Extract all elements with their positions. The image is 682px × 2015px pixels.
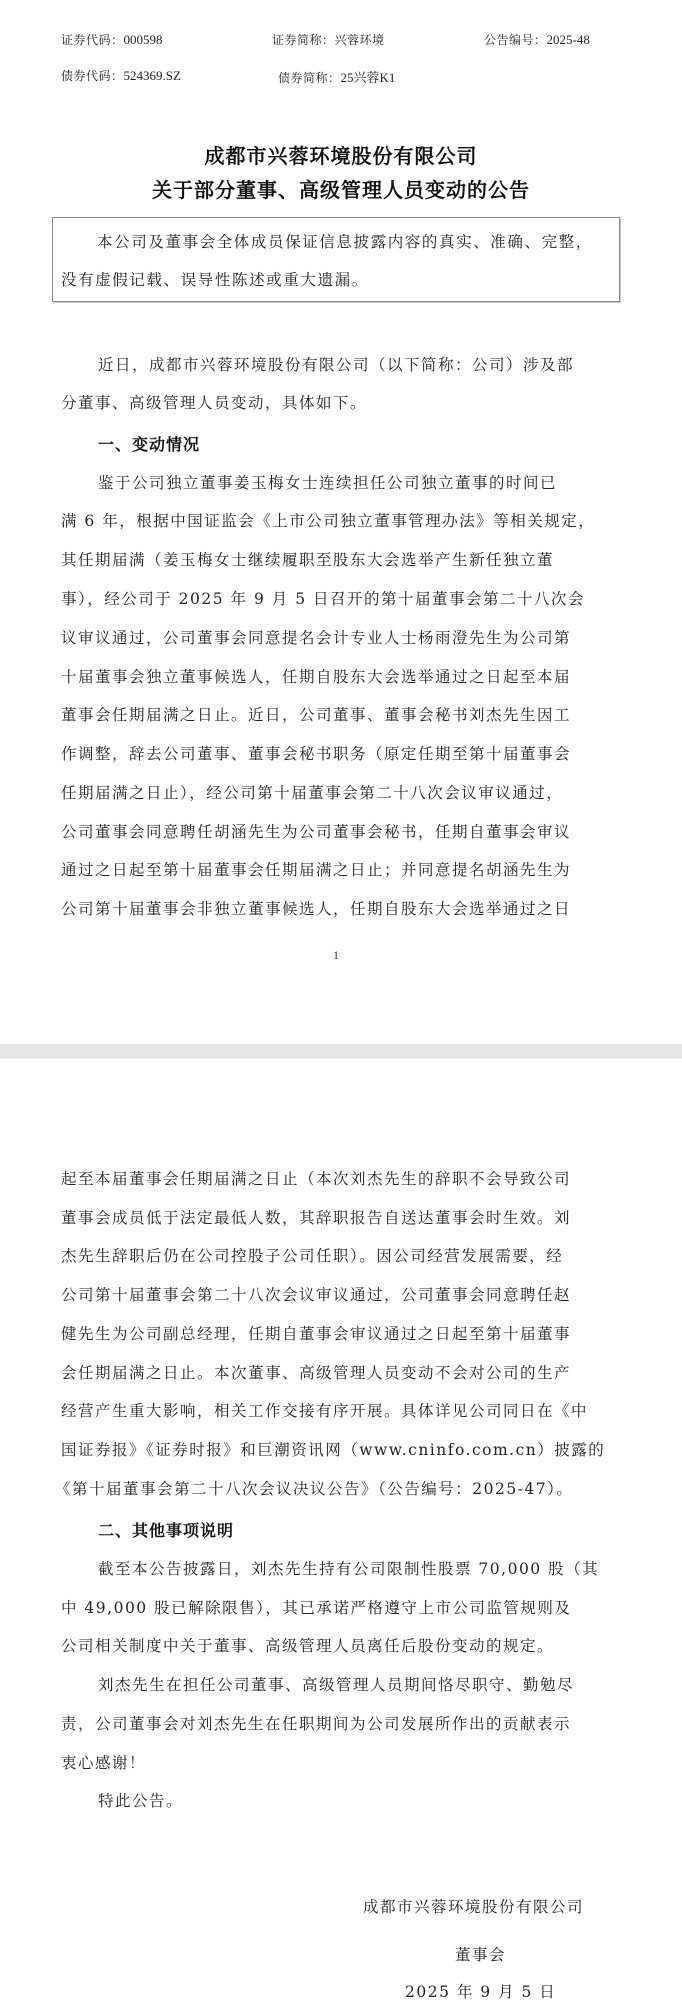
- body-line: 刘杰先生在担任公司董事、高级管理人员期间恪尽职守、勤勉尽: [98, 1673, 621, 1695]
- body-line: 《第十届董事会第二十八次会议决议公告》（公告编号：2025-47）。: [55, 1477, 615, 1499]
- page-separator: [0, 1044, 682, 1059]
- stock-code-label: 证券代码：: [61, 33, 124, 47]
- bond-name: 债券简称：25兴蓉K1: [278, 67, 395, 86]
- bond-code-value: 524369.SZ: [124, 68, 181, 83]
- body-line: 责，公司董事会对刘杰先生在任职期间为公司发展所作出的贡献表示: [61, 1712, 621, 1734]
- stock-name-label: 证券简称：: [272, 33, 335, 47]
- body-line: 公司第十届董事会第二十八次会议审议通过，公司董事会同意聘任赵: [61, 1283, 621, 1305]
- body-line: 事），经公司于 2025 年 9 月 5 日召开的第十届董事会第二十八次会: [61, 587, 621, 609]
- body-line: 截至本公告披露日，刘杰先生持有公司限制性股票 70,000 股（其: [98, 1557, 621, 1579]
- closing-statement: 特此公告。: [98, 1789, 621, 1811]
- page-number: 1: [333, 948, 339, 963]
- bond-name-value: 25兴蓉K1: [341, 70, 396, 85]
- body-line: 健先生为公司副总经理，任期自董事会审议通过之日起至第十届董事: [61, 1322, 621, 1344]
- notice-line-1: 本公司及董事会全体成员保证信息披露内容的真实、准确、完整，: [97, 230, 593, 252]
- bond-code: 债券代码：524369.SZ: [61, 67, 181, 84]
- body-line: 公司相关制度中关于董事、高级管理人员离任后股份变动的规定。: [61, 1634, 621, 1656]
- disclosure-notice-box: 本公司及董事会全体成员保证信息披露内容的真实、准确、完整， 没有虚假记载、误导性…: [52, 217, 620, 302]
- section-heading-other-matters: 二、其他事项说明: [98, 1518, 234, 1541]
- announcement-number-value: 2025-48: [547, 32, 590, 47]
- body-line: 衷心感谢！: [61, 1751, 621, 1773]
- body-line: 通过之日起至第十届董事会任期届满之日止；并同意提名胡涵先生为: [61, 858, 621, 880]
- document-title-company: 成都市兴蓉环境股份有限公司: [0, 140, 682, 169]
- document-page-1: 证券代码：000598 证券简称：兴蓉环境 公告编号：2025-48 债券代码：…: [0, 0, 682, 1044]
- body-line: 满 6 年，根据中国证监会《上市公司独立董事管理办法》等相关规定，: [61, 509, 621, 531]
- body-line: 会任期届满之日止。本次董事、高级管理人员变动不会对公司的生产: [61, 1361, 621, 1383]
- body-line: 起至本届董事会任期届满之日止（本次刘杰先生的辞职不会导致公司: [61, 1167, 621, 1189]
- body-line: 董事会任期届满之日止。近日，公司董事、董事会秘书刘杰先生因工: [61, 703, 621, 725]
- body-line: 议审议通过，公司董事会同意提名会计专业人士杨雨澄先生为公司第: [61, 626, 621, 648]
- body-line: 其任期届满（姜玉梅女士继续履职至股东大会选举产生新任独立董: [61, 548, 621, 570]
- announcement-number: 公告编号：2025-48: [484, 31, 590, 48]
- notice-line-2: 没有虚假记载、误导性陈述或重大遗漏。: [61, 268, 369, 290]
- signature-date: 2025 年 9 月 5 日: [405, 1980, 556, 2002]
- document-title-subject: 关于部分董事、高级管理人员变动的公告: [0, 174, 682, 203]
- body-line: 杰先生辞职后仍在公司控股子公司任职）。因公司经营发展需要，经: [61, 1244, 621, 1266]
- body-line: 作调整，辞去公司董事、董事会秘书职务（原定任期至第十届董事会: [61, 742, 621, 764]
- body-line: 经营产生重大影响，相关工作交接有序开展。具体详见公司同日在《中: [61, 1399, 621, 1421]
- section-heading-changes: 一、变动情况: [98, 432, 200, 455]
- body-line: 公司第十届董事会非独立董事候选人，任期自股东大会选举通过之日: [61, 897, 621, 919]
- body-line: 任期届满之日止），经公司第十届董事会第二十八次会议审议通过，: [61, 781, 621, 803]
- stock-code: 证券代码：000598: [61, 31, 163, 48]
- intro-line-1: 近日，成都市兴蓉环境股份有限公司（以下简称：公司）涉及部: [98, 353, 621, 375]
- stock-name: 证券简称：兴蓉环境: [272, 31, 385, 48]
- body-line: 中 49,000 股已解除限售），其已承诺严格遵守上市公司监管规则及: [61, 1596, 621, 1618]
- signature-company: 成都市兴蓉环境股份有限公司: [363, 1895, 584, 1917]
- document-page-2: 起至本届董事会任期届满之日止（本次刘杰先生的辞职不会导致公司 董事会成员低于法定…: [0, 1059, 682, 2015]
- bond-name-label: 债券简称：: [278, 71, 341, 85]
- signature-board: 董事会: [455, 1943, 506, 1965]
- body-line: 国证券报》《证券时报》和巨潮资讯网（www.cninfo.com.cn）披露的: [61, 1438, 621, 1460]
- body-line: 十届董事会独立董事候选人，任期自股东大会选举通过之日起至本届: [61, 665, 621, 687]
- announcement-number-label: 公告编号：: [484, 33, 547, 47]
- stock-name-value: 兴蓉环境: [335, 33, 385, 47]
- intro-line-2: 分董事、高级管理人员变动，具体如下。: [61, 391, 621, 413]
- stock-code-value: 000598: [124, 32, 163, 47]
- bond-code-label: 债券代码：: [61, 69, 124, 83]
- body-line: 鉴于公司独立董事姜玉梅女士连续担任公司独立董事的时间已: [98, 471, 621, 493]
- body-line: 董事会成员低于法定最低人数，其辞职报告自送达董事会时生效。刘: [61, 1206, 621, 1228]
- body-line: 公司董事会同意聘任胡涵先生为公司董事会秘书，任期自董事会审议: [61, 820, 621, 842]
